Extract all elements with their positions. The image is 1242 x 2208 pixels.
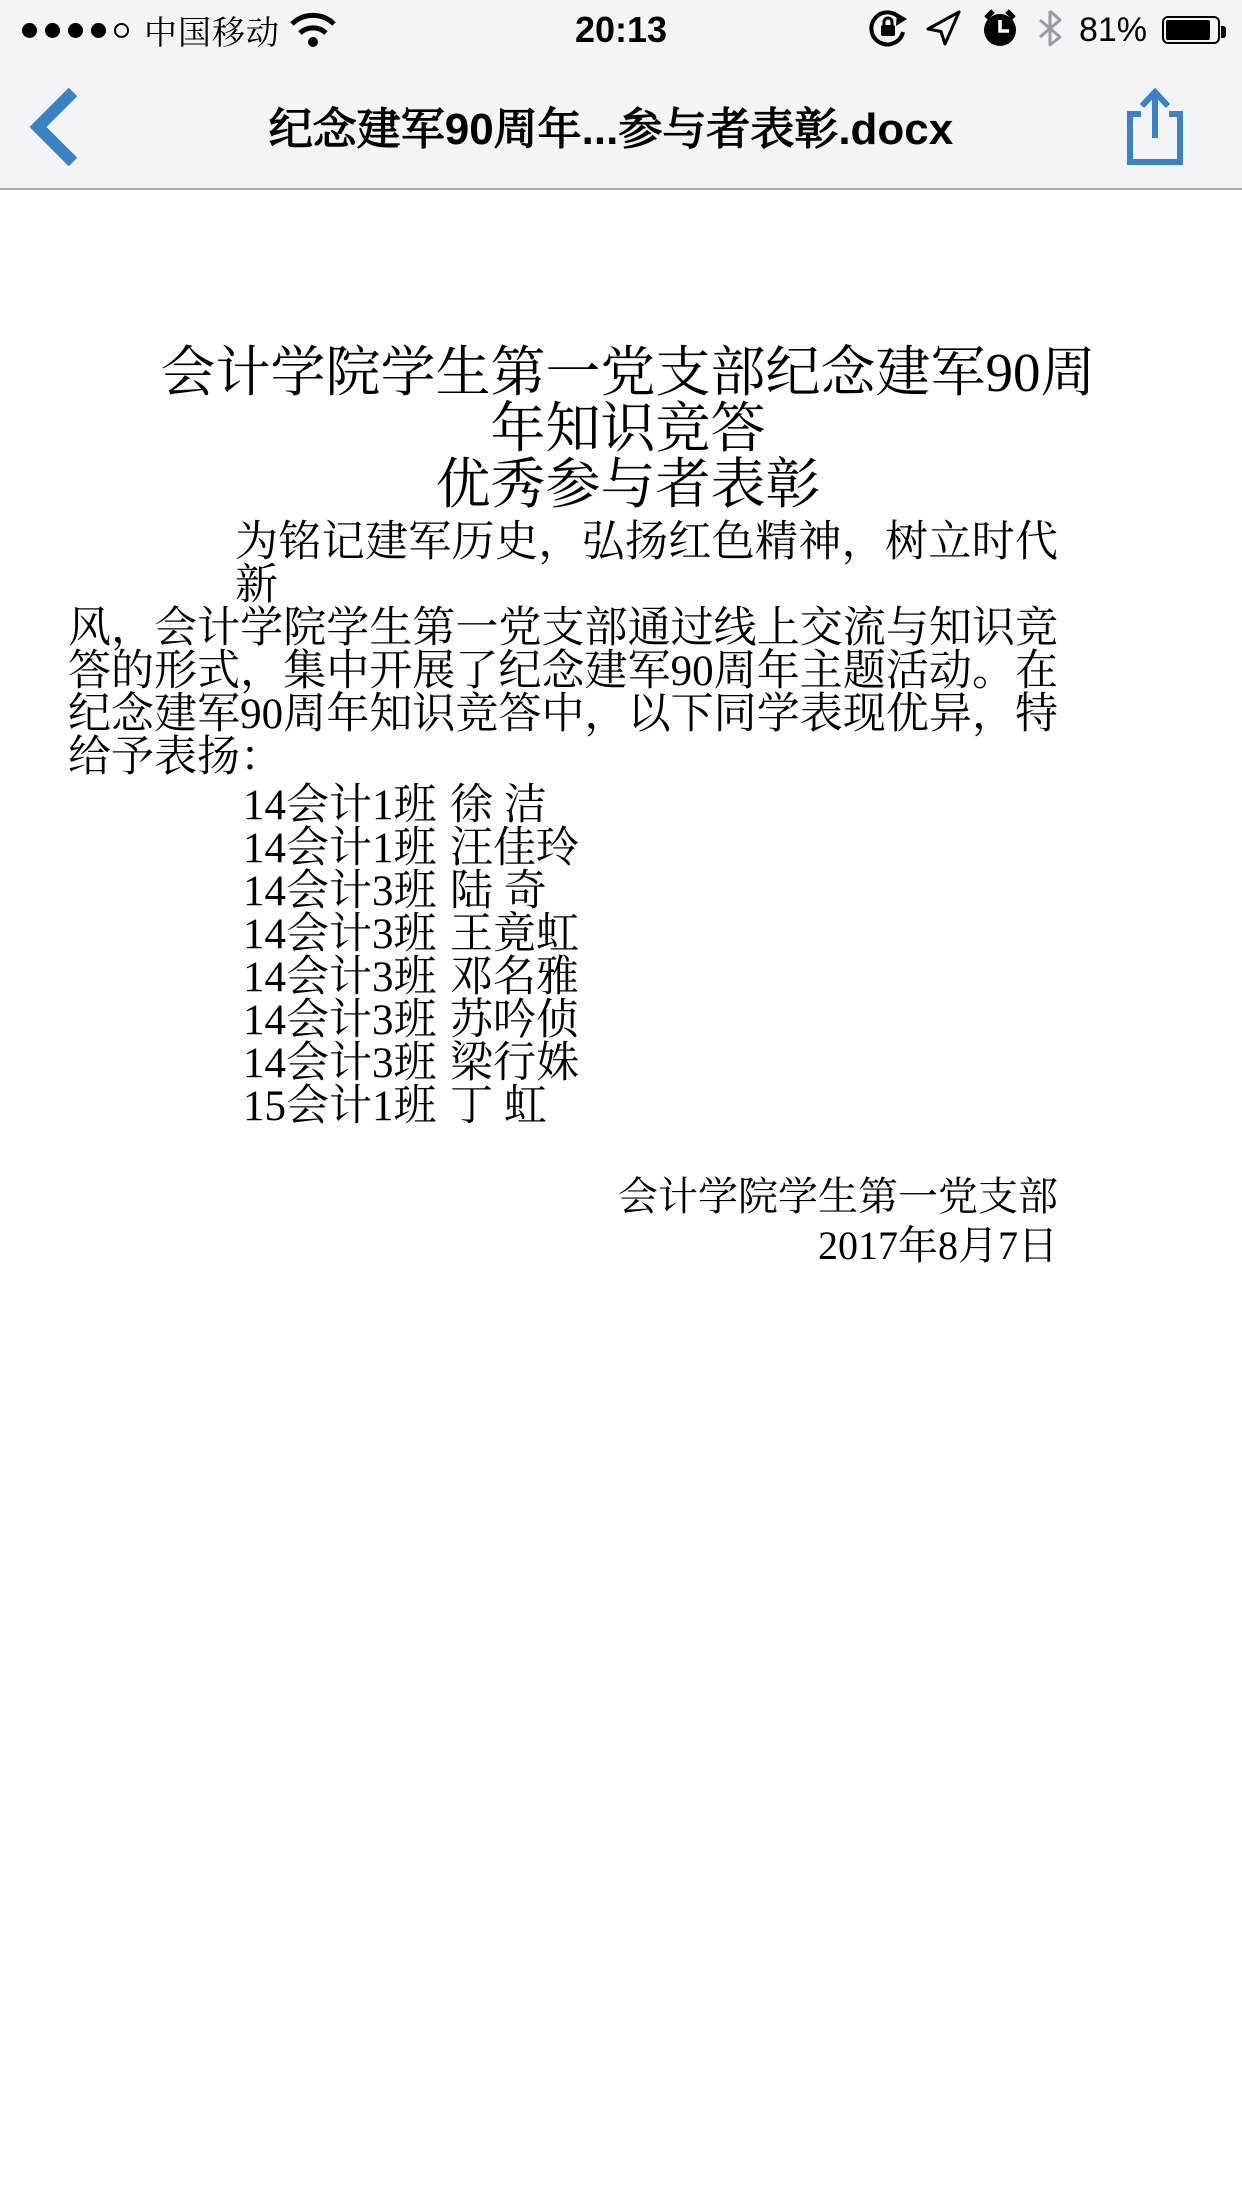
awardee-class: 14会计1班: [243, 784, 450, 827]
document-title: 纪念建军90周年...参与者表彰.docx: [110, 60, 1112, 190]
list-item: 14会计3班邓名雅: [243, 956, 1058, 999]
list-item: 14会计3班梁行姝: [243, 1042, 1058, 1085]
paragraph-line: 纪念建军90周年知识竞答中，以下同学表现优异，特: [68, 693, 1058, 736]
paragraph-line: 风，会计学院学生第一党支部通过线上交流与知识竞: [68, 607, 1058, 650]
awardee-name: 徐 洁: [450, 782, 547, 829]
back-button[interactable]: [28, 88, 80, 166]
battery-fill: [1166, 20, 1210, 40]
awardee-name: 邓名雅: [450, 954, 579, 1001]
awardee-class: 15会计1班: [243, 1085, 450, 1128]
doc-heading-line: 年知识竞答: [68, 401, 1188, 457]
awardee-name: 梁行姝: [450, 1040, 579, 1087]
awardee-name: 陆 奇: [450, 868, 547, 915]
battery-percent-label: 81%: [1079, 11, 1147, 50]
document-page: 会计学院学生第一党支部纪念建军90周 年知识竞答 优秀参与者表彰 为铭记建军历史…: [0, 192, 1242, 1270]
nav-bar: 纪念建军90周年...参与者表彰.docx: [0, 60, 1242, 190]
awardee-class: 14会计3班: [243, 999, 450, 1042]
signature-block: 会计学院学生第一党支部 2017年8月7日: [68, 1172, 1058, 1270]
battery-icon: [1162, 16, 1220, 44]
doc-body: 为铭记建军历史，弘扬红色精神，树立时代新 风，会计学院学生第一党支部通过线上交流…: [68, 521, 1058, 1270]
rotation-lock-icon: [867, 7, 909, 54]
chevron-left-icon: [28, 153, 80, 170]
paragraph-line: 给予表扬：: [68, 736, 1058, 779]
doc-paragraph: 为铭记建军历史，弘扬红色精神，树立时代新 风，会计学院学生第一党支部通过线上交流…: [68, 521, 1058, 779]
awardee-class: 14会计3班: [243, 913, 450, 956]
awardee-name: 丁 虹: [450, 1083, 547, 1130]
signature-line: 会计学院学生第一党支部: [68, 1172, 1058, 1221]
list-item: 14会计1班汪佳玲: [243, 827, 1058, 870]
alarm-clock-icon: [979, 7, 1021, 54]
share-button[interactable]: [1124, 86, 1186, 168]
awardee-name: 汪佳玲: [450, 825, 579, 872]
screen: 中国移动 20:13: [0, 0, 1242, 2208]
awardee-class: 14会计3班: [243, 956, 450, 999]
doc-heading-line: 会计学院学生第一党支部纪念建军90周: [68, 345, 1188, 401]
paragraph-line: 为铭记建军历史，弘扬红色精神，树立时代新: [68, 521, 1058, 607]
list-item: 15会计1班丁 虹: [243, 1085, 1058, 1128]
awardee-name: 王竟虹: [450, 911, 579, 958]
battery-nub: [1221, 26, 1226, 38]
awardee-class: 14会计3班: [243, 1042, 450, 1085]
share-icon: [1124, 155, 1186, 172]
status-bar: 中国移动 20:13: [0, 0, 1242, 60]
list-item: 14会计1班徐 洁: [243, 784, 1058, 827]
date-line: 2017年8月7日: [68, 1221, 1058, 1270]
awardee-name: 苏吟侦: [450, 997, 579, 1044]
location-arrow-icon: [924, 8, 964, 53]
document-preview[interactable]: 会计学院学生第一党支部纪念建军90周 年知识竞答 优秀参与者表彰 为铭记建军历史…: [0, 192, 1242, 2208]
awardee-class: 14会计3班: [243, 870, 450, 913]
awardee-class: 14会计1班: [243, 827, 450, 870]
status-right-cluster: 81%: [867, 7, 1220, 54]
paragraph-line: 答的形式，集中开展了纪念建军90周年主题活动。在: [68, 650, 1058, 693]
awardee-list: 14会计1班徐 洁 14会计1班汪佳玲 14会计3班陆 奇 14会计3班王竟虹 …: [68, 784, 1058, 1128]
list-item: 14会计3班苏吟侦: [243, 999, 1058, 1042]
doc-heading-line: 优秀参与者表彰: [68, 457, 1188, 513]
list-item: 14会计3班陆 奇: [243, 870, 1058, 913]
list-item: 14会计3班王竟虹: [243, 913, 1058, 956]
doc-heading: 会计学院学生第一党支部纪念建军90周 年知识竞答 优秀参与者表彰: [68, 345, 1188, 513]
bluetooth-icon: [1036, 9, 1064, 52]
